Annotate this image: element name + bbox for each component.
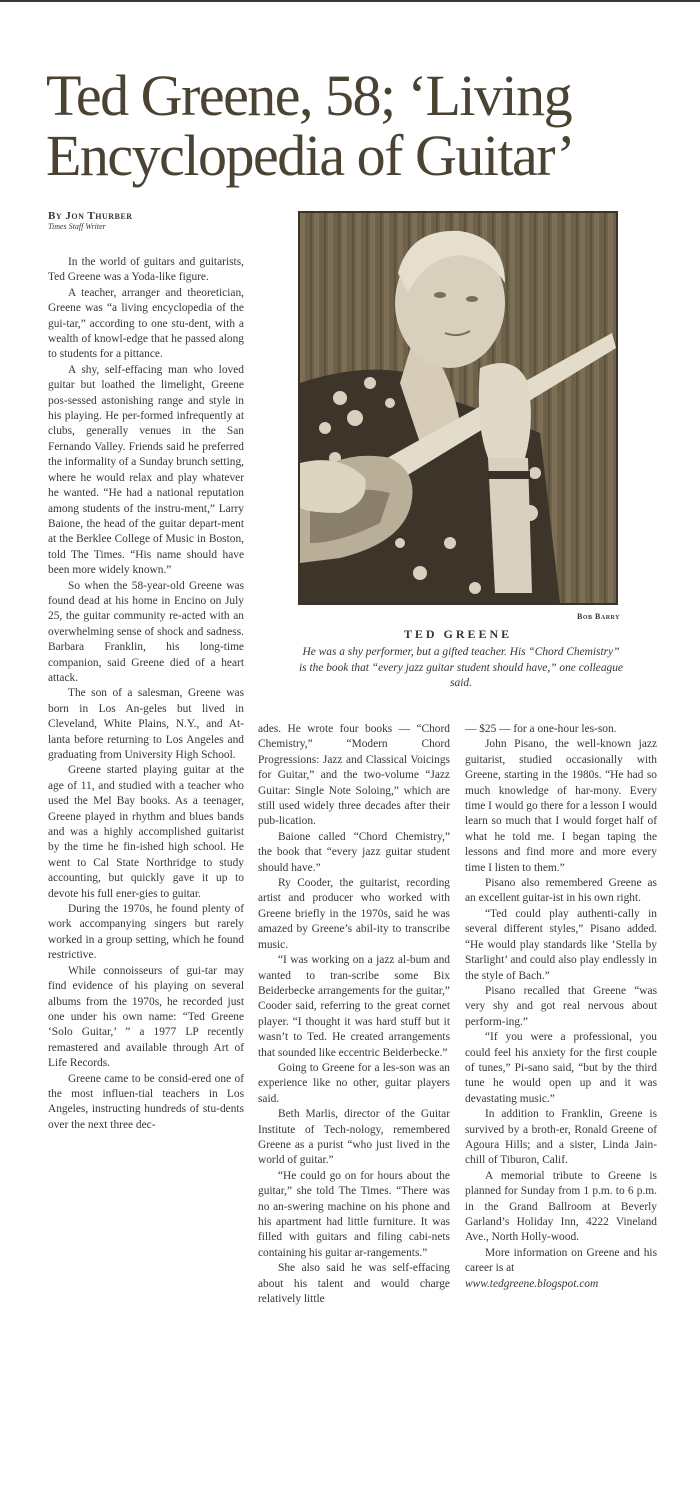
- paragraph: Greene started playing guitar at the age…: [48, 763, 244, 902]
- paragraph: A teacher, arranger and theoretician, Gr…: [48, 286, 244, 363]
- photo-ted-greene: [298, 211, 618, 605]
- paragraph: “Ted could play authenti-cally in severa…: [465, 907, 657, 984]
- paragraph: While connoisseurs of gui-tar may find e…: [48, 964, 244, 1072]
- paragraph: She also said he was self-effacing about…: [258, 1261, 450, 1307]
- byline-role: Times Staff Writer: [48, 222, 248, 231]
- headline: Ted Greene, 58; ‘Living Encyclopedia of …: [46, 66, 686, 186]
- paragraph: Beth Marlis, director of the Guitar Inst…: [258, 1107, 450, 1169]
- byline: By Jon Thurber Times Staff Writer: [48, 210, 248, 231]
- byline-author: By Jon Thurber: [48, 210, 248, 222]
- headline-line-2: Encyclopedia of Guitar’: [46, 126, 686, 186]
- paragraph: A memorial tribute to Greene is planned …: [465, 1169, 657, 1246]
- article-column-1: In the world of guitars and guitarists, …: [48, 255, 244, 1133]
- paragraph: Pisano recalled that Greene “was very sh…: [465, 984, 657, 1030]
- paragraph: “If you were a professional, you could f…: [465, 1030, 657, 1107]
- photo-credit: Bob Barry: [440, 612, 620, 621]
- paragraph: “I was working on a jazz al-bum and want…: [258, 953, 450, 1061]
- article-column-2: ades. He wrote four books — “Chord Chemi…: [258, 722, 450, 1307]
- paragraph: A shy, self-effacing man who loved guita…: [48, 363, 244, 579]
- photo-caption: He was a shy performer, but a gifted tea…: [298, 645, 624, 692]
- caption-subject: TED GREENE: [298, 627, 618, 642]
- paragraph: The son of a salesman, Greene was born i…: [48, 686, 244, 763]
- headline-line-1: Ted Greene, 58; ‘Living: [46, 66, 686, 126]
- paragraph: Greene came to be consid-ered one of the…: [48, 1072, 244, 1134]
- paragraph: “He could go on for hours about the guit…: [258, 1169, 450, 1261]
- paragraph: More information on Greene and his caree…: [465, 1246, 657, 1277]
- paragraph: Going to Greene for a les-son was an exp…: [258, 1061, 450, 1107]
- website-link[interactable]: www.tedgreene.blogspot.com: [465, 1277, 657, 1292]
- paragraph: Pisano also remembered Greene as an exce…: [465, 876, 657, 907]
- paragraph: Baione called “Chord Chemistry,” the boo…: [258, 830, 450, 876]
- guitarist-photo-icon: [300, 213, 616, 603]
- paragraph: In the world of guitars and guitarists, …: [48, 255, 244, 286]
- paragraph: During the 1970s, he found plenty of wor…: [48, 902, 244, 964]
- paragraph: ades. He wrote four books — “Chord Chemi…: [258, 722, 450, 830]
- paragraph: John Pisano, the well-known jazz guitari…: [465, 737, 657, 876]
- paragraph: So when the 58-year-old Greene was found…: [48, 579, 244, 687]
- paragraph: In addition to Franklin, Greene is survi…: [465, 1107, 657, 1169]
- article-column-3: — $25 — for a one-hour les-son. John Pis…: [465, 722, 657, 1292]
- top-border: [0, 0, 700, 2]
- paragraph: Ry Cooder, the guitarist, recording arti…: [258, 876, 450, 953]
- paragraph: — $25 — for a one-hour les-son.: [465, 722, 657, 737]
